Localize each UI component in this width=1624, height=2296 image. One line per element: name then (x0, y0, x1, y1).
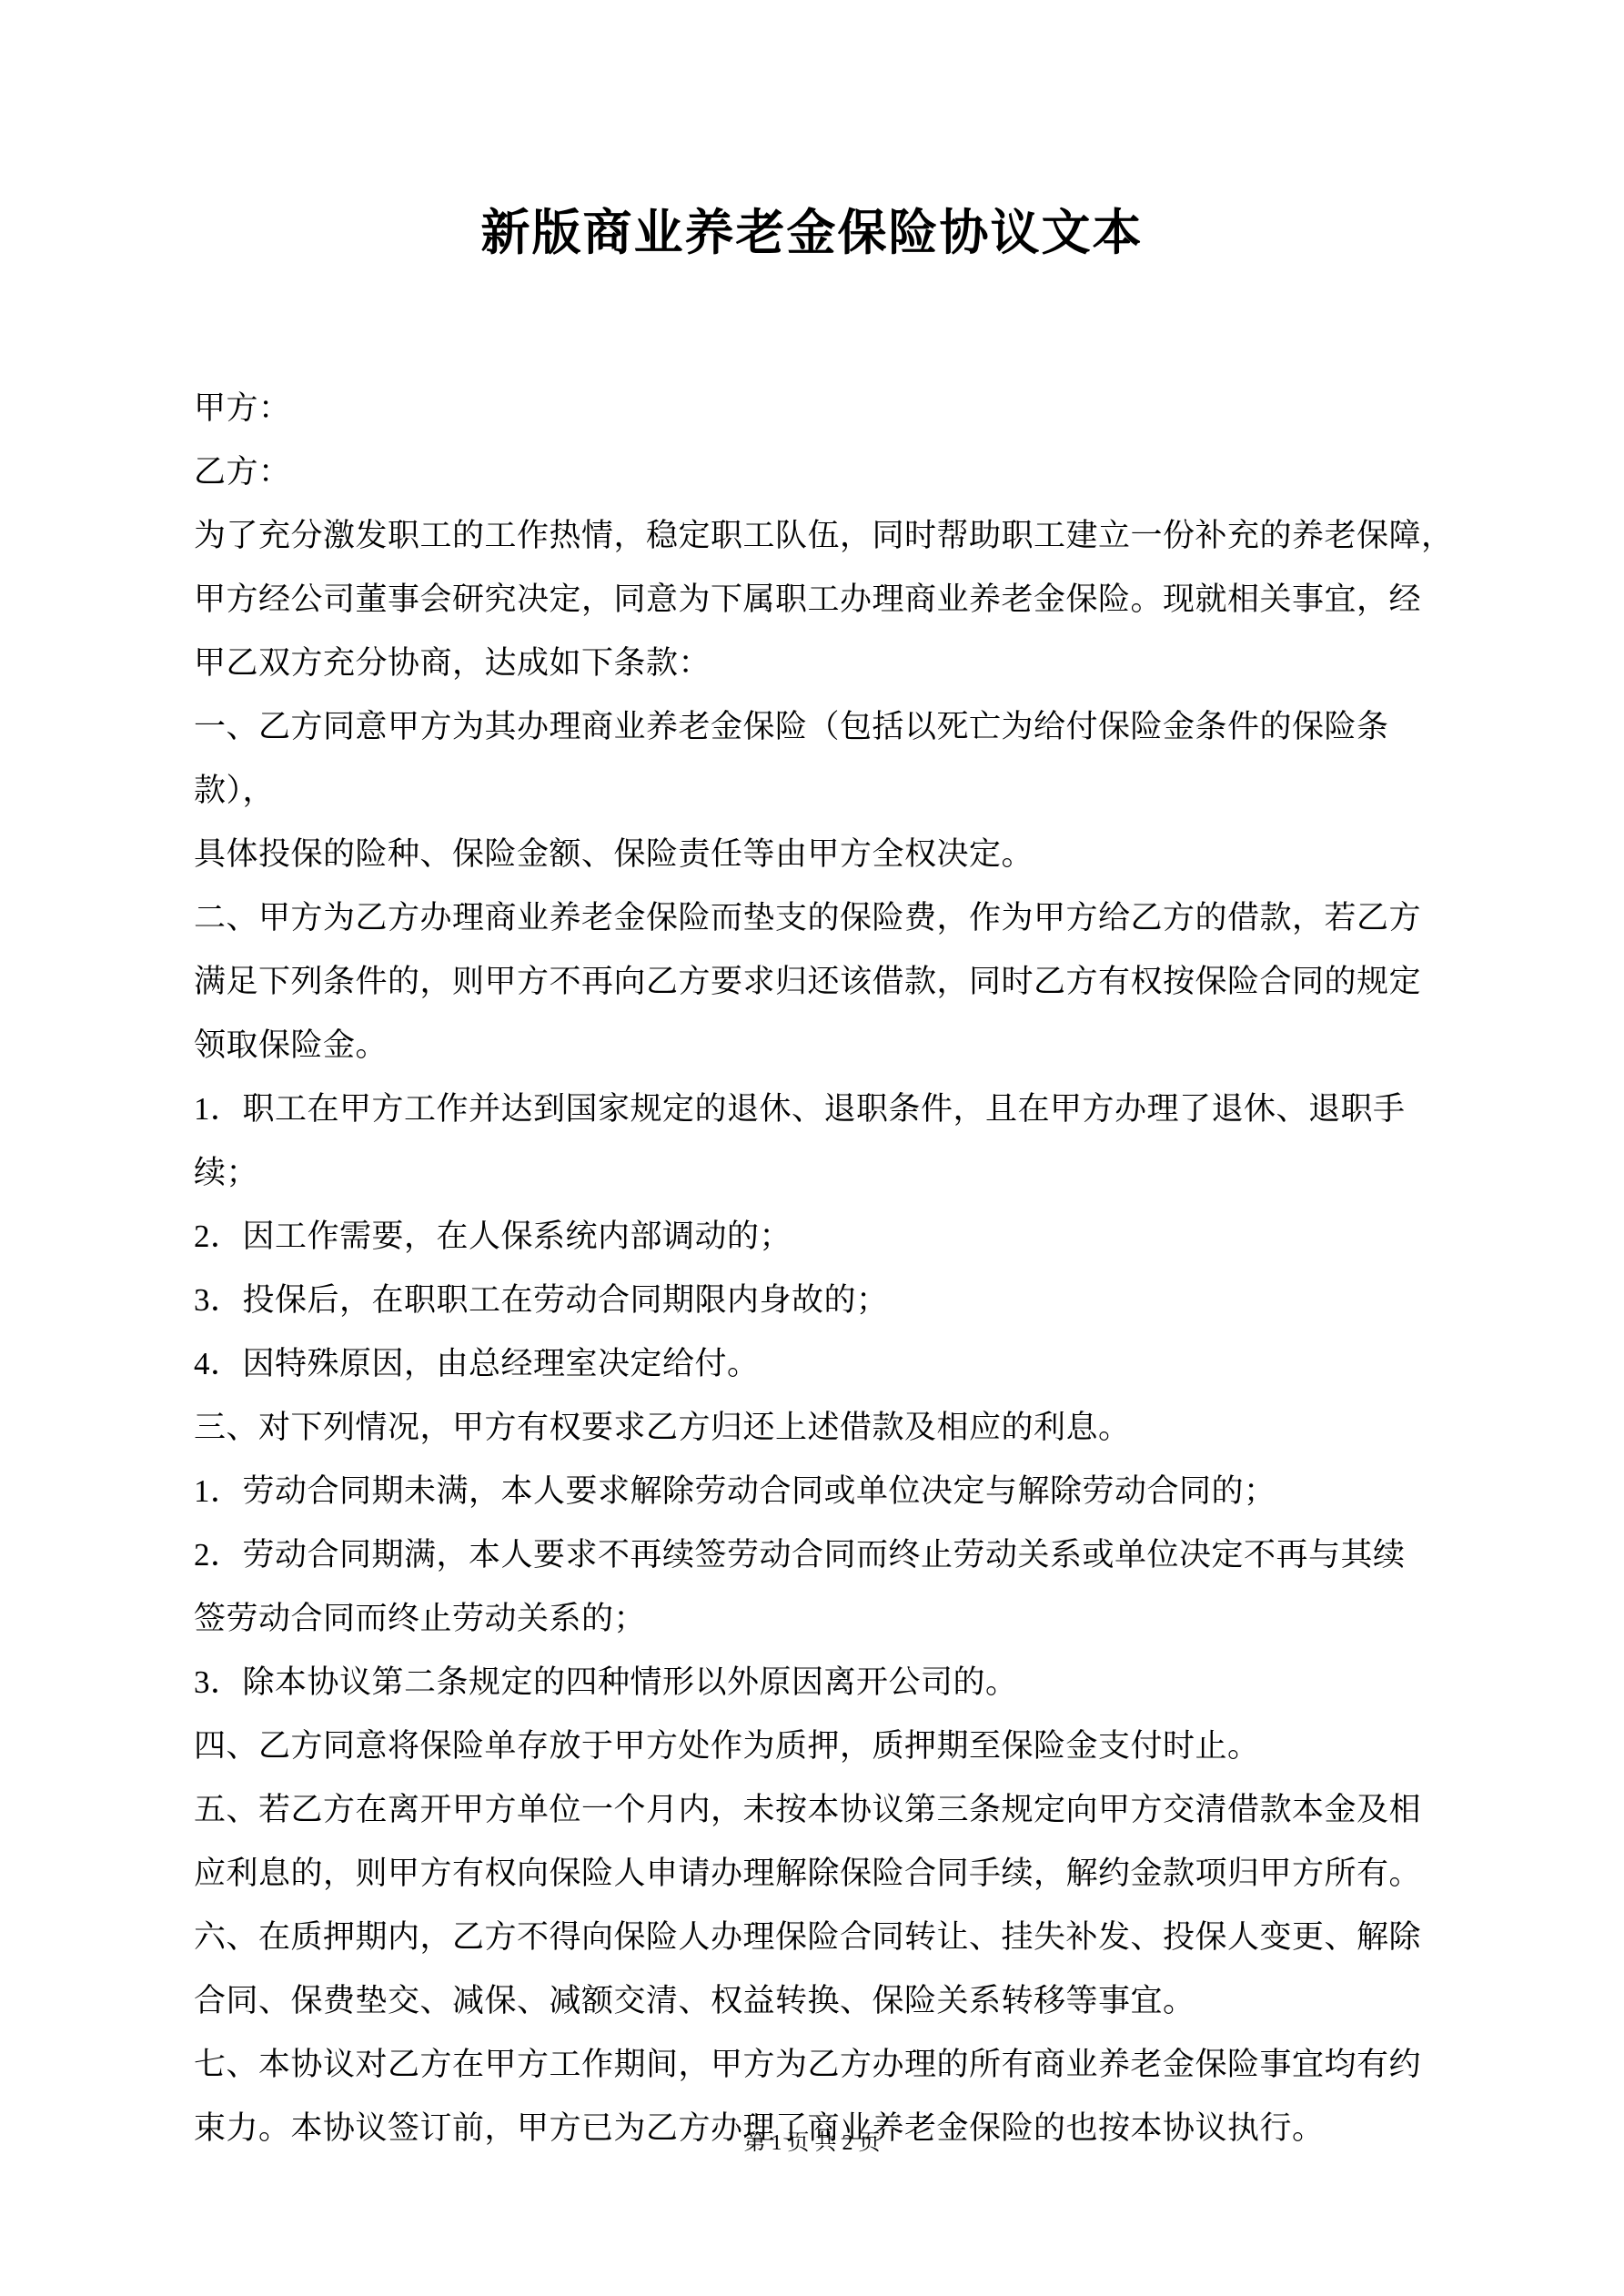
document-line: 合同、保费垫交、减保、减额交清、权益转换、保险关系转移等事宜。 (194, 1969, 1454, 2033)
document-line: 为了充分激发职工的工作热情，稳定职工队伍，同时帮助职工建立一份补充的养老保障， (194, 504, 1454, 568)
document-line: 续； (194, 1141, 1454, 1205)
document-line: 3．投保后，在职职工在劳动合同期限内身故的； (194, 1269, 1454, 1332)
document-line: 2．劳动合同期满，本人要求不再续签劳动合同而终止劳动关系或单位决定不再与其续 (194, 1523, 1454, 1587)
document-line: 1．职工在甲方工作并达到国家规定的退休、退职条件，且在甲方办理了退休、退职手 (194, 1077, 1454, 1141)
document-line: 七、本协议对乙方在甲方工作期间，甲方为乙方办理的所有商业养老金保险事宜均有约 (194, 2033, 1454, 2097)
document-line: 一、乙方同意甲方为其办理商业养老金保险（包括以死亡为给付保险金条件的保险条款）， (194, 695, 1454, 823)
document-line: 2．因工作需要，在人保系统内部调动的； (194, 1205, 1454, 1269)
document-body: 甲方：乙方：为了充分激发职工的工作热情，稳定职工队伍，同时帮助职工建立一份补充的… (194, 377, 1454, 2160)
document-page: 新版商业养老金保险协议文本 甲方：乙方：为了充分激发职工的工作热情，稳定职工队伍… (0, 0, 1624, 2296)
document-line: 三、对下列情况，甲方有权要求乙方归还上述借款及相应的利息。 (194, 1396, 1454, 1460)
document-line: 满足下列条件的，则甲方不再向乙方要求归还该借款，同时乙方有权按保险合同的规定 (194, 950, 1454, 1014)
document-line: 签劳动合同而终止劳动关系的； (194, 1587, 1454, 1651)
document-line: 1．劳动合同期未满，本人要求解除劳动合同或单位决定与解除劳动合同的； (194, 1460, 1454, 1523)
document-line: 甲乙双方充分协商，达成如下条款： (194, 632, 1454, 695)
document-line: 六、在质押期内，乙方不得向保险人办理保险合同转让、挂失补发、投保人变更、解除 (194, 1906, 1454, 1969)
document-line: 3．除本协议第二条规定的四种情形以外原因离开公司的。 (194, 1651, 1454, 1714)
document-line: 甲方： (194, 377, 1454, 440)
document-line: 具体投保的险种、保险金额、保险责任等由甲方全权决定。 (194, 823, 1454, 886)
document-line: 领取保险金。 (194, 1014, 1454, 1077)
document-line: 应利息的，则甲方有权向保险人申请办理解除保险合同手续，解约金款项归甲方所有。 (194, 1842, 1454, 1906)
document-line: 二、甲方为乙方办理商业养老金保险而垫支的保险费，作为甲方给乙方的借款，若乙方 (194, 886, 1454, 950)
document-line: 四、乙方同意将保险单存放于甲方处作为质押，质押期至保险金支付时止。 (194, 1714, 1454, 1778)
document-title: 新版商业养老金保险协议文本 (0, 198, 1624, 268)
document-line: 乙方： (194, 440, 1454, 504)
page-number-footer: 第 1 页 共 2 页 (0, 2129, 1624, 2157)
document-line: 甲方经公司董事会研究决定，同意为下属职工办理商业养老金保险。现就相关事宜，经 (194, 568, 1454, 632)
document-line: 4．因特殊原因，由总经理室决定给付。 (194, 1332, 1454, 1396)
document-line: 五、若乙方在离开甲方单位一个月内，未按本协议第三条规定向甲方交清借款本金及相 (194, 1778, 1454, 1842)
